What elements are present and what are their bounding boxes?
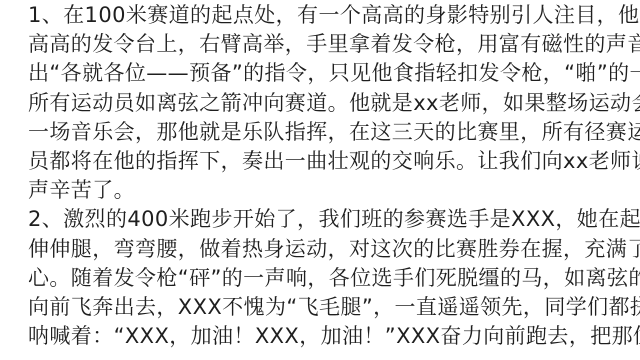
paragraph-1: 1、在100米赛道的起点处，有一个高高的身影特别引人注目，他站在 高高的发令台上… [28, 1, 618, 205]
text-line: 员都将在他的指挥下，奏出一曲壮观的交响乐。让我们向xx老师说一 [28, 147, 618, 176]
text-line: 向前飞奔出去，XXX不愧为“飞毛腿”，一直遥遥领先，同学们都拼命的 [28, 293, 618, 322]
document-body: 1、在100米赛道的起点处，有一个高高的身影特别引人注目，他站在 高高的发令台上… [28, 1, 618, 351]
text-line: 声辛苦了。 [28, 176, 618, 205]
text-line: 伸伸腿，弯弯腰，做着热身运动，对这次的比赛胜券在握，充满了信 [28, 235, 618, 264]
text-line: 一场音乐会，那他就是乐队指挥，在这三天的比赛里，所有径赛运动 [28, 118, 618, 147]
text-line: 1、在100米赛道的起点处，有一个高高的身影特别引人注目，他站在 [28, 1, 618, 30]
text-line: 呐喊着：“XXX，加油！XXX，加油！”XXX奋力向前跑去，把那位选手 [28, 322, 618, 351]
paragraph-2: 2、激烈的400米跑步开始了，我们班的参赛选手是XXX，她在起点上 伸伸腿，弯弯… [28, 205, 618, 351]
text-line: 2、激烈的400米跑步开始了，我们班的参赛选手是XXX，她在起点上 [28, 205, 618, 234]
text-line: 出“各就各位——预备”的指令，只见他食指轻扣发令枪，“啪”的一声， [28, 59, 618, 88]
text-line: 心。随着发令枪“砰”的一声响，各位选手们死脱缰的马，如离弦的箭， [28, 264, 618, 293]
text-line: 所有运动员如离弦之箭冲向赛道。他就是xx老师，如果整场运动会是 [28, 89, 618, 118]
text-line: 高高的发令台上，右臂高举，手里拿着发令枪，用富有磁性的声音发 [28, 30, 618, 59]
